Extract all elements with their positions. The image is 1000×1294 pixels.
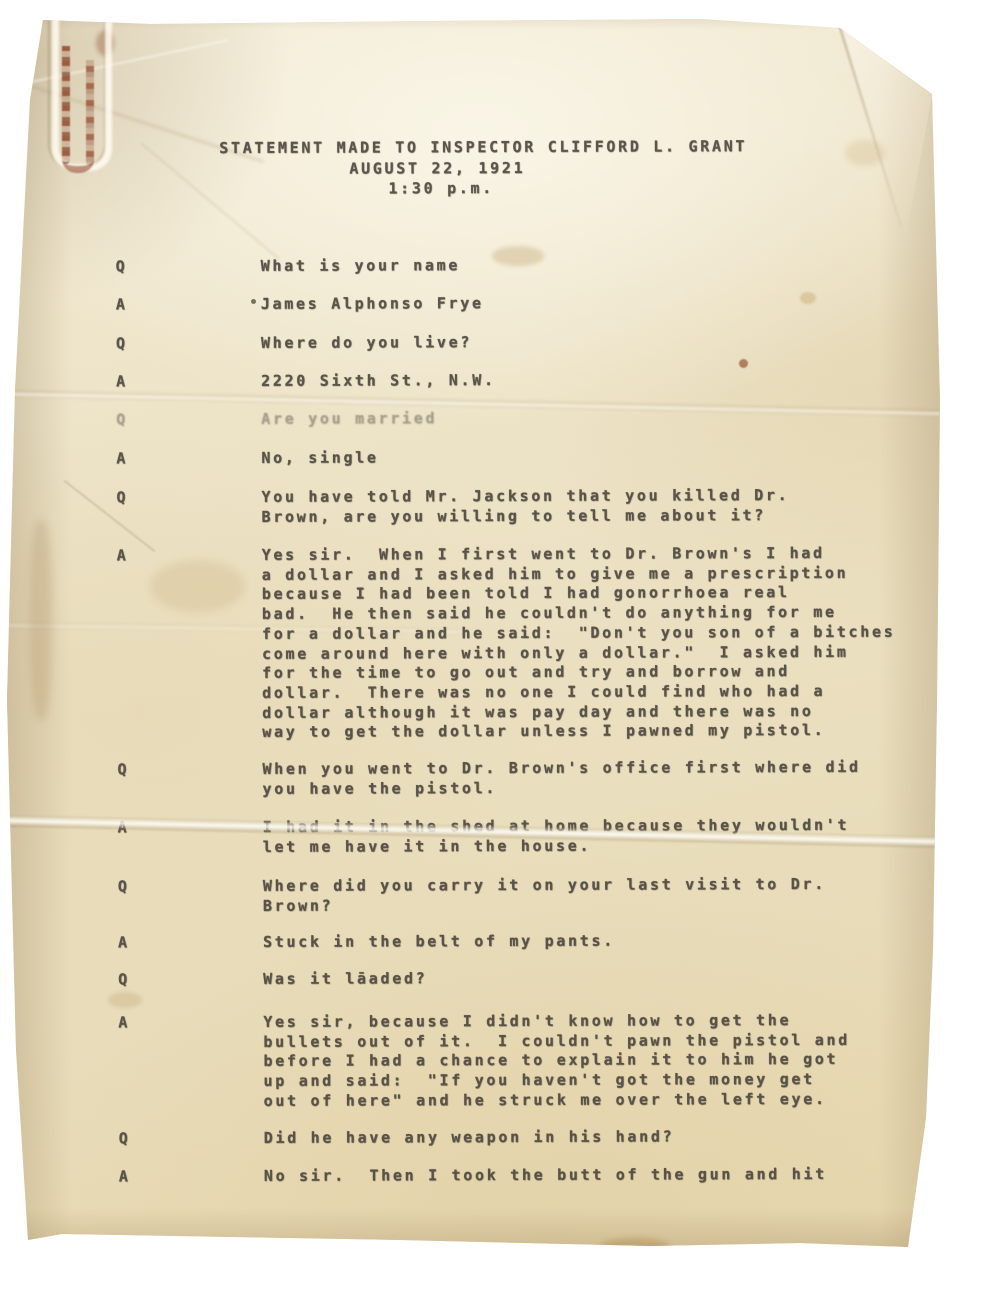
scan-canvas: STATEMENT MADE TO INSPECTOR CLIFFORD L. … — [0, 0, 1000, 1294]
qa-text-line: out of here" and he struck me over the l… — [264, 1090, 827, 1110]
qa-label: A — [119, 1167, 131, 1185]
qa-text-line: No sir. Then I took the butt of the gun … — [264, 1165, 827, 1185]
qa-text-line: you have the pistol. — [262, 779, 497, 798]
header-line: AUGUST 22, 1921 — [349, 159, 525, 178]
qa-text-line: bullets out of it. I couldn't pawn the p… — [263, 1030, 850, 1050]
header-line: 1:30 p.m. — [388, 179, 494, 197]
qa-text-line: Brown? — [263, 896, 333, 914]
qa-label: Q — [119, 1129, 131, 1147]
qa-label: A — [116, 449, 128, 467]
qa-label: Q — [116, 257, 128, 275]
qa-label: A — [118, 818, 130, 836]
qa-label: A — [116, 372, 128, 390]
qa-text-line: dollar although it was pay day and there… — [262, 701, 813, 721]
typewritten-text-layer: STATEMENT MADE TO INSPECTOR CLIFFORD L. … — [0, 0, 1000, 1294]
qa-label: Q — [117, 760, 129, 778]
qa-label: A — [117, 546, 129, 564]
qa-text-line: Are you married — [261, 409, 437, 428]
qa-text-line: No, single — [261, 448, 378, 466]
qa-text-line: for the time to go out and try and borro… — [262, 662, 790, 682]
qa-text-line: Where do you live? — [261, 333, 472, 352]
qa-text-line: Was it lāaded? — [263, 969, 427, 988]
qa-label: Q — [118, 970, 130, 988]
qa-text-line: way to get the dollar unless I pawned my… — [262, 721, 825, 741]
qa-text-line: up and said: "If you haven't got the mon… — [263, 1070, 814, 1090]
qa-text-line: I had it in the shed at home because the… — [263, 816, 850, 836]
qa-label: Q — [116, 334, 128, 352]
qa-text-line: let me have it in the house. — [263, 836, 592, 855]
qa-text-line: before I had a chance to explain it to h… — [263, 1050, 838, 1070]
qa-label: Q — [118, 877, 130, 895]
paper-sheet: STATEMENT MADE TO INSPECTOR CLIFFORD L. … — [0, 0, 1000, 1294]
qa-text-line: bad. He then said he couldn't do anythin… — [262, 603, 837, 623]
qa-text-line: Yes sir. When I first went to Dr. Brown'… — [262, 544, 825, 564]
qa-label: A — [116, 295, 128, 313]
qa-text-line: Stuck in the belt of my pants. — [263, 932, 615, 951]
qa-text-line: You have told Mr. Jackson that you kille… — [261, 486, 789, 506]
qa-text-line: Brown, are you willing to tell me about … — [262, 506, 766, 526]
qa-text-line: When you went to Dr. Brown's office firs… — [262, 758, 860, 778]
qa-text-line: What is your name — [261, 256, 460, 275]
qa-text-line: 2220 Sixth St., N.W. — [261, 371, 496, 390]
qa-text-line: a dollar and I asked him to give me a pr… — [262, 563, 849, 583]
qa-label: Q — [116, 410, 128, 428]
qa-text-line: for a dollar and he said: "Don't you son… — [262, 622, 896, 642]
qa-text-line: Yes sir, because I didn't know how to ge… — [263, 1011, 791, 1031]
qa-label: A — [118, 1013, 130, 1031]
qa-text-line: come around here with only a dollar." I … — [262, 642, 849, 662]
qa-label: Q — [116, 488, 128, 506]
qa-text-line: Where did you carry it on your last visi… — [263, 875, 826, 895]
qa-text-line: because I had been told I had gonorrhoea… — [262, 583, 790, 603]
qa-text-line: James Alphonso Frye — [261, 294, 484, 313]
qa-text-line: dollar. There was no one I could find wh… — [262, 682, 825, 702]
header-line: STATEMENT MADE TO INSPECTOR CLIFFORD L. … — [219, 137, 747, 157]
qa-text-line: Did he have any weapon in his hand? — [264, 1127, 675, 1146]
qa-label: A — [118, 933, 130, 951]
